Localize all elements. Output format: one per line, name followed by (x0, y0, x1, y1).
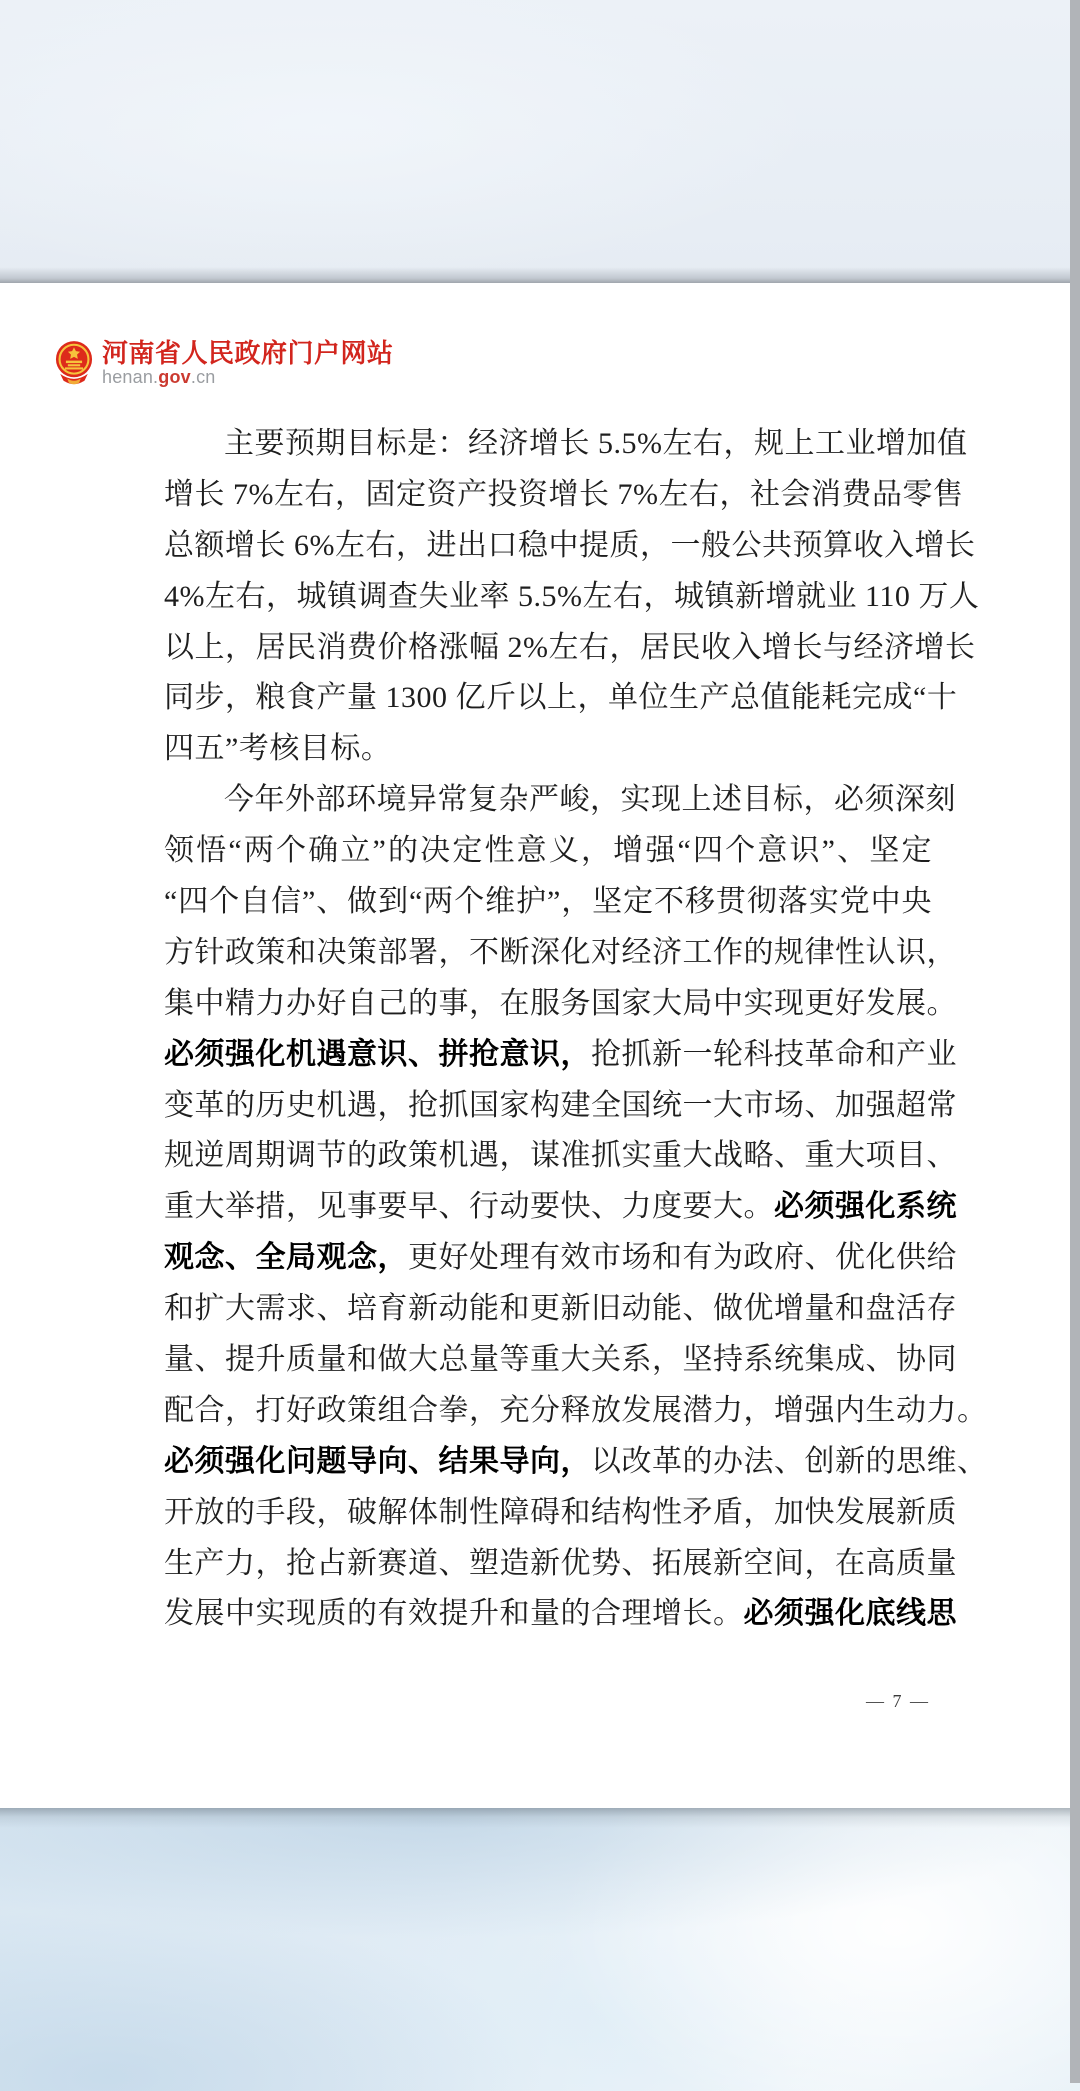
next-page-gap (0, 1808, 1080, 2091)
body-text-line: 必须强化机遇意识、拼抢意识，抢抓新一轮科技革命和产业 (164, 1030, 932, 1081)
emphasis-text-segment: 必须强化机遇意识、拼抢意识， (164, 1038, 591, 1071)
text-segment: 和扩大需求、培育新动能和更新旧动能、做优增量和盘活存 (164, 1292, 957, 1325)
site-header-text: 河南省人民政府门户网站 henan.gov.cn (102, 340, 394, 387)
body-text-line: 4%左右，城镇调查失业率 5.5%左右，城镇新增就业 110 万人 (164, 572, 932, 623)
document-page: 河南省人民政府门户网站 henan.gov.cn 主要预期目标是：经济增长 5.… (0, 283, 1080, 1808)
body-text-line: 变革的历史机遇，抢抓国家构建全国统一大市场、加强超常 (164, 1081, 932, 1132)
body-text-line: “四个自信”、做到“两个维护”，坚定不移贯彻落实党中央 (164, 877, 932, 928)
text-segment: “四个自信”、做到“两个维护”，坚定不移贯彻落实党中央 (164, 885, 932, 918)
text-segment: 抢抓新一轮科技革命和产业 (591, 1038, 957, 1071)
body-text-line: 生产力，抢占新赛道、塑造新优势、拓展新空间，在高质量 (164, 1539, 932, 1590)
body-text-line: 主要预期目标是：经济增长 5.5%左右，规上工业增加值 (164, 419, 932, 470)
text-segment: 集中精力办好自己的事，在服务国家大局中实现更好发展。 (164, 987, 957, 1020)
body-text-line: 四五”考核目标。 (164, 724, 932, 775)
text-segment: 4%左右，城镇调查失业率 5.5%左右，城镇新增就业 110 万人 (164, 580, 979, 613)
text-segment: 配合，打好政策组合拳，充分释放发展潜力，增强内生动力。 (164, 1394, 988, 1427)
text-segment: 变革的历史机遇，抢抓国家构建全国统一大市场、加强超常 (164, 1089, 957, 1122)
scrollbar[interactable] (1070, 0, 1080, 2083)
text-segment: 今年外部环境异常复杂严峻，实现上述目标，必须深刻 (224, 783, 956, 816)
emphasis-text-segment: 观念、全局观念， (164, 1241, 408, 1274)
text-segment: 发展中实现质的有效提升和量的合理增长。 (164, 1597, 744, 1630)
national-emblem-logo-icon[interactable] (55, 340, 93, 386)
body-text-line: 总额增长 6%左右，进出口稳中提质，一般公共预算收入增长 (164, 521, 932, 572)
body-text-line: 必须强化问题导向、结果导向，以改革的办法、创新的思维、 (164, 1437, 932, 1488)
body-text-line: 和扩大需求、培育新动能和更新旧动能、做优增量和盘活存 (164, 1284, 932, 1335)
site-domain: henan.gov.cn (102, 368, 394, 387)
domain-gov: gov (158, 367, 191, 387)
site-title[interactable]: 河南省人民政府门户网站 (102, 340, 394, 366)
body-text-line: 观念、全局观念，更好处理有效市场和有为政府、优化供给 (164, 1233, 932, 1284)
text-segment: 四五”考核目标。 (164, 732, 391, 765)
text-segment: 增长 7%左右，固定资产投资增长 7%左右，社会消费品零售 (164, 478, 963, 511)
emphasis-text-segment: 必须强化底线思 (744, 1597, 958, 1630)
body-text-line: 开放的手段，破解体制性障碍和结构性矛盾，加快发展新质 (164, 1488, 932, 1539)
text-segment: 以改革的办法、创新的思维、 (591, 1445, 988, 1478)
text-segment: 主要预期目标是：经济增长 5.5%左右，规上工业增加值 (224, 427, 968, 460)
site-header: 河南省人民政府门户网站 henan.gov.cn (55, 340, 394, 387)
body-text-line: 方针政策和决策部署，不断深化对经济工作的规律性认识， (164, 928, 932, 979)
text-segment: 方针政策和决策部署，不断深化对经济工作的规律性认识， (164, 936, 957, 969)
text-segment: 生产力，抢占新赛道、塑造新优势、拓展新空间，在高质量 (164, 1547, 957, 1580)
page-number: — 7 — (866, 1691, 930, 1712)
body-text-line: 今年外部环境异常复杂严峻，实现上述目标，必须深刻 (164, 775, 932, 826)
document-viewer: { "header": { "logo": "china-national-em… (0, 0, 1080, 2091)
body-text-line: 量、提升质量和做大总量等重大关系，坚持系统集成、协同 (164, 1335, 932, 1386)
body-text-line: 增长 7%左右，固定资产投资增长 7%左右，社会消费品零售 (164, 470, 932, 521)
body-text-line: 配合，打好政策组合拳，充分释放发展潜力，增强内生动力。 (164, 1386, 932, 1437)
body-text-line: 规逆周期调节的政策机遇，谋准抓实重大战略、重大项目、 (164, 1131, 932, 1182)
body-text: 主要预期目标是：经济增长 5.5%左右，规上工业增加值增长 7%左右，固定资产投… (164, 419, 932, 1640)
text-segment: 开放的手段，破解体制性障碍和结构性矛盾，加快发展新质 (164, 1496, 957, 1529)
text-segment: 重大举措，见事要早、行动要快、力度要大。 (164, 1190, 774, 1223)
text-segment: 更好处理有效市场和有为政府、优化供给 (408, 1241, 957, 1274)
body-text-line: 重大举措，见事要早、行动要快、力度要大。必须强化系统 (164, 1182, 932, 1233)
text-segment: 总额增长 6%左右，进出口稳中提质，一般公共预算收入增长 (164, 529, 976, 562)
body-text-line: 发展中实现质的有效提升和量的合理增长。必须强化底线思 (164, 1589, 932, 1640)
previous-page-gap (0, 0, 1080, 283)
body-text-line: 同步，粮食产量 1300 亿斤以上，单位生产总值能耗完成“十 (164, 673, 932, 724)
emphasis-text-segment: 必须强化系统 (774, 1190, 957, 1223)
text-segment: 量、提升质量和做大总量等重大关系，坚持系统集成、协同 (164, 1343, 957, 1376)
domain-prefix: henan. (102, 367, 158, 387)
domain-suffix: .cn (191, 367, 216, 387)
text-segment: 以上，居民消费价格涨幅 2%左右，居民收入增长与经济增长 (164, 631, 976, 664)
text-segment: 规逆周期调节的政策机遇，谋准抓实重大战略、重大项目、 (164, 1139, 957, 1172)
body-text-line: 领悟“两个确立”的决定性意义，增强“四个意识”、坚定 (164, 826, 932, 877)
body-text-line: 集中精力办好自己的事，在服务国家大局中实现更好发展。 (164, 979, 932, 1030)
body-text-line: 以上，居民消费价格涨幅 2%左右，居民收入增长与经济增长 (164, 623, 932, 674)
emphasis-text-segment: 必须强化问题导向、结果导向， (164, 1445, 591, 1478)
text-segment: 同步，粮食产量 1300 亿斤以上，单位生产总值能耗完成“十 (164, 681, 957, 714)
text-segment: 领悟“两个确立”的决定性意义，增强“四个意识”、坚定 (164, 834, 932, 867)
